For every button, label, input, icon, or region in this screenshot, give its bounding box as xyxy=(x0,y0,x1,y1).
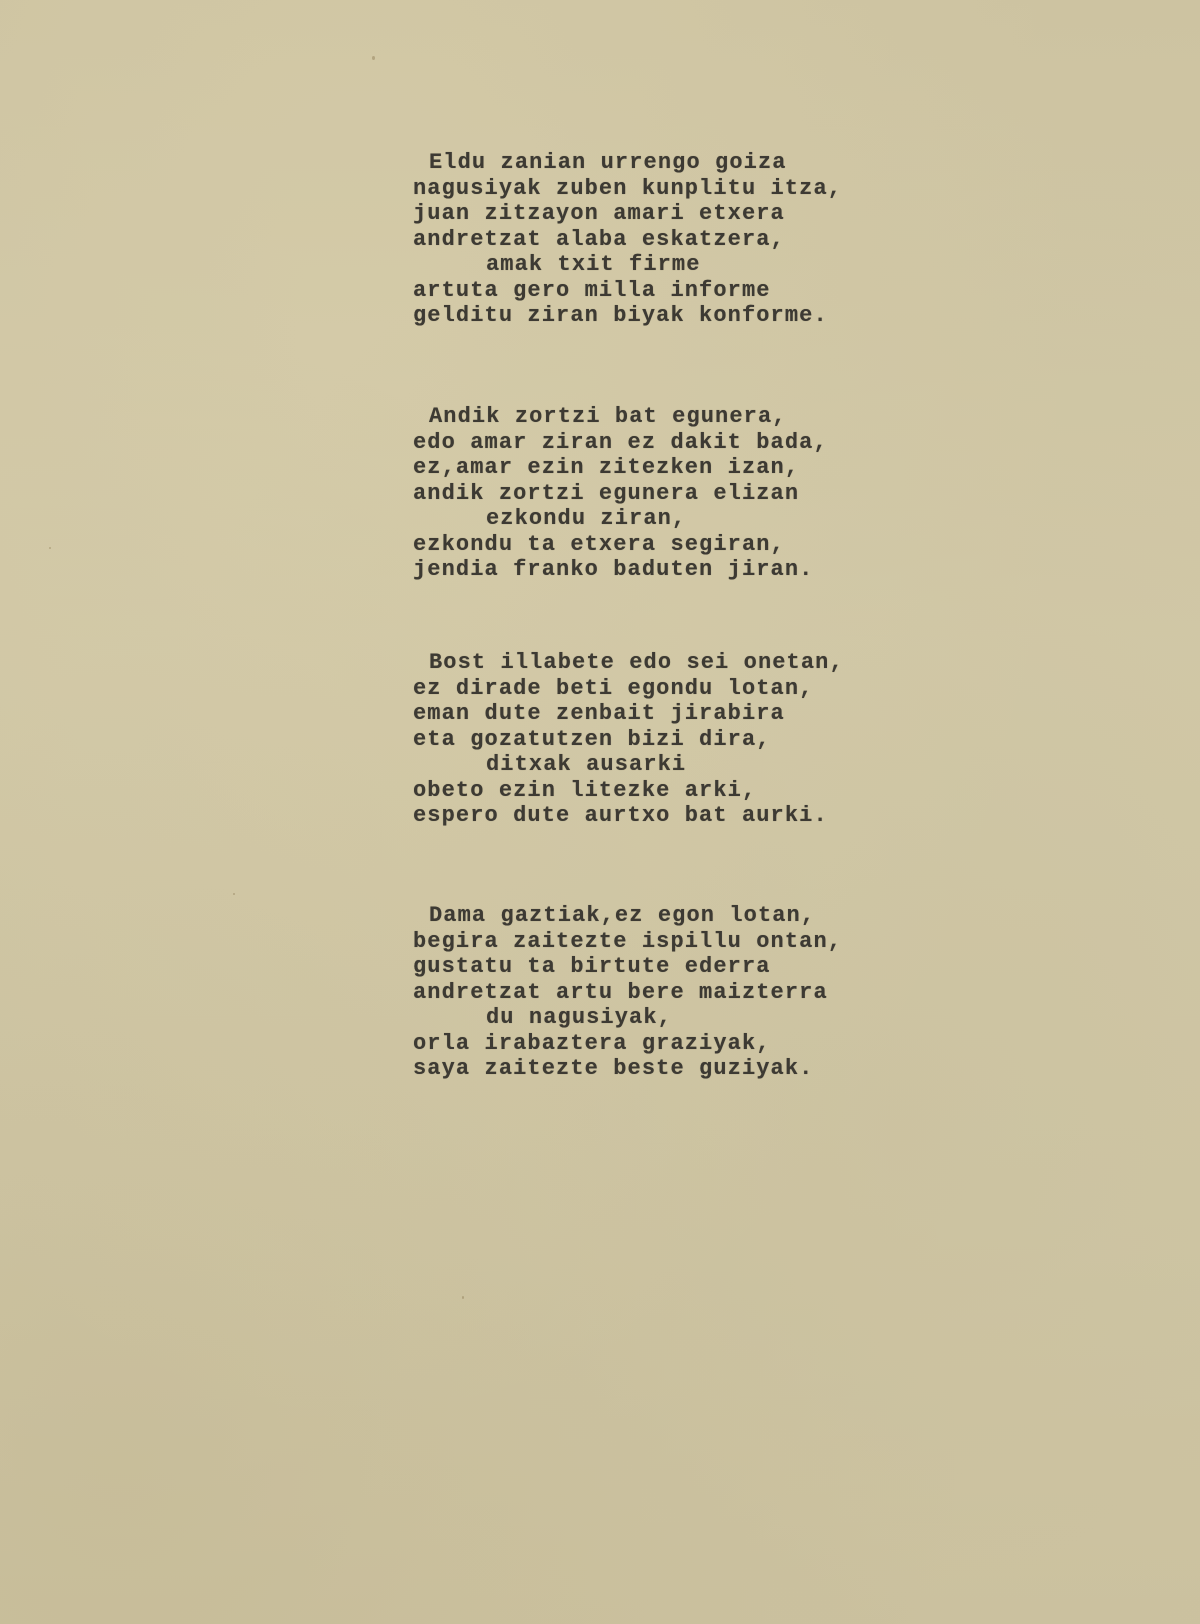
verse-line: ez,amar ezin zitezken izan, xyxy=(413,455,933,481)
verse-line: andretzat alaba eskatzera, xyxy=(413,227,933,253)
typewritten-page: Eldu zanian urrengo goiza nagusiyak zube… xyxy=(0,0,1200,1624)
paper-speck xyxy=(372,56,375,60)
verse-line-indented: ditxak ausarki xyxy=(413,752,933,778)
verse-line-indented: amak txit firme xyxy=(413,252,933,278)
verse-line: nagusiyak zuben kunplitu itza, xyxy=(413,176,933,202)
verse-line: begira zaitezte ispillu ontan, xyxy=(413,929,933,955)
verse-line: Bost illabete edo sei onetan, xyxy=(413,650,933,676)
verse-line: eman dute zenbait jirabira xyxy=(413,701,933,727)
verse-line: Dama gaztiak,ez egon lotan, xyxy=(413,903,933,929)
verse-line: juan zitzayon amari etxera xyxy=(413,201,933,227)
stanza-4: Dama gaztiak,ez egon lotan, begira zaite… xyxy=(413,903,933,1082)
paper-speck xyxy=(233,893,235,895)
verse-line: obeto ezin litezke arki, xyxy=(413,778,933,804)
paper-speck xyxy=(49,547,51,549)
verse-line: artuta gero milla informe xyxy=(413,278,933,304)
verse-line: Andik zortzi bat egunera, xyxy=(413,404,933,430)
verse-line: gelditu ziran biyak konforme. xyxy=(413,303,933,329)
verse-line: edo amar ziran ez dakit bada, xyxy=(413,430,933,456)
verse-line-indented: du nagusiyak, xyxy=(413,1005,933,1031)
verse-line: jendia franko baduten jiran. xyxy=(413,557,933,583)
verse-line: orla irabaztera graziyak, xyxy=(413,1031,933,1057)
verse-line: espero dute aurtxo bat aurki. xyxy=(413,803,933,829)
paper-speck xyxy=(462,1296,464,1299)
stanza-1: Eldu zanian urrengo goiza nagusiyak zube… xyxy=(413,150,933,329)
verse-line: ezkondu ta etxera segiran, xyxy=(413,532,933,558)
verse-line: ez dirade beti egondu lotan, xyxy=(413,676,933,702)
verse-line: saya zaitezte beste guziyak. xyxy=(413,1056,933,1082)
verse-line: eta gozatutzen bizi dira, xyxy=(413,727,933,753)
verse-line: gustatu ta birtute ederra xyxy=(413,954,933,980)
stanza-3: Bost illabete edo sei onetan, ez dirade … xyxy=(413,650,933,829)
verse-line: Eldu zanian urrengo goiza xyxy=(413,150,933,176)
verse-line: andretzat artu bere maizterra xyxy=(413,980,933,1006)
verse-line: andik zortzi egunera elizan xyxy=(413,481,933,507)
verse-line-indented: ezkondu ziran, xyxy=(413,506,933,532)
stanza-2: Andik zortzi bat egunera, edo amar ziran… xyxy=(413,404,933,583)
